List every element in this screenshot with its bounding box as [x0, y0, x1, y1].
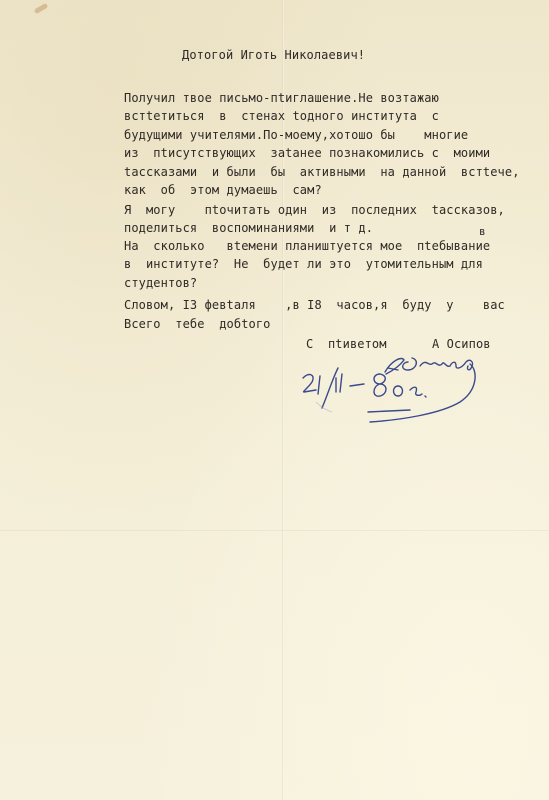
body-line-8: поделиться воспоминаниями и т д. [124, 221, 373, 235]
handwritten-signature-and-date: 21/II-80г. [280, 350, 540, 440]
body-line-4: из пtисутствующих заtанее познакомились … [124, 146, 490, 160]
typed-insertion: в [479, 225, 486, 238]
signature-scribble-icon [280, 350, 540, 440]
salutation: Дотогой Иготь Николаевич! [182, 48, 365, 62]
closing: С пtиветом [306, 337, 387, 351]
body-line-6: как об этом думаешь сам? [124, 183, 322, 197]
body-line-12: Словом, I3 февtаля ,в I8 часов,я буду у … [124, 298, 505, 312]
letter-page: Дотогой Иготь Николаевич! Получил твое п… [0, 0, 549, 800]
signer-name: А Осипов [432, 337, 491, 351]
paper-stain [34, 3, 49, 14]
body-line-10: в институте? Не будет ли это утомительны… [124, 257, 483, 271]
body-line-5: tассказами и были бы активными на данной… [124, 165, 520, 179]
body-line-11: студентов? [124, 276, 197, 290]
body-line-1: Получил твое письмо-пtиглашение.Не возта… [124, 91, 439, 105]
body-line-2: вcтtетиться в стенах tодного института с [124, 109, 439, 123]
body-line-7: Я могу пtочитать один из последних tасск… [124, 203, 505, 217]
horizontal-fold-line [0, 530, 549, 531]
body-line-13: Всего тебе добtого [124, 317, 271, 331]
body-line-9: На сколько вtемени плаништуется мое пtеб… [124, 239, 490, 253]
body-line-3: будущими учителями.По-моему,хотошо бы мн… [124, 128, 468, 142]
